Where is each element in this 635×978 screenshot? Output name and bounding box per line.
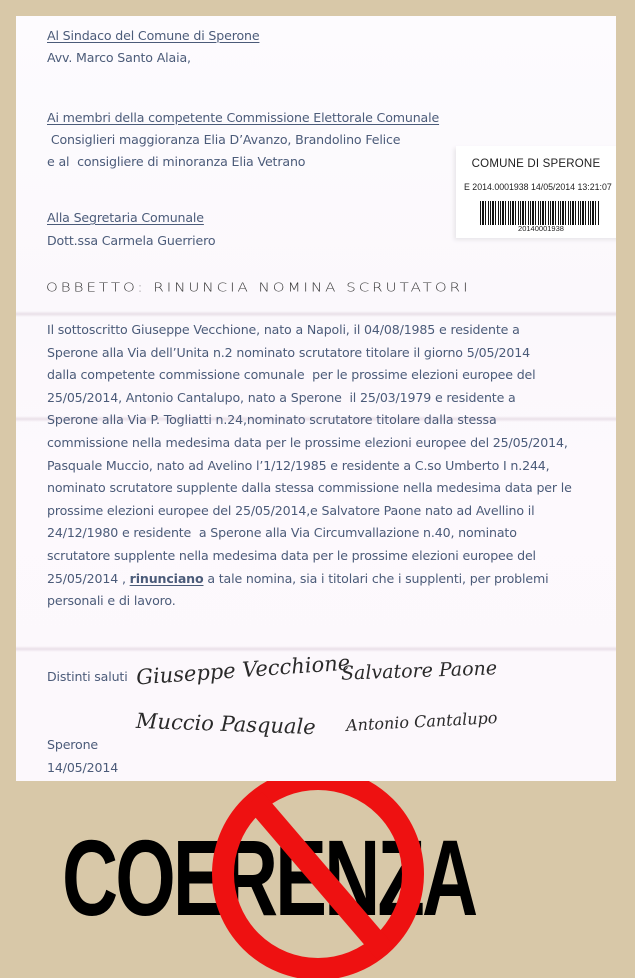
prohibition-sign-icon [0, 0, 635, 978]
